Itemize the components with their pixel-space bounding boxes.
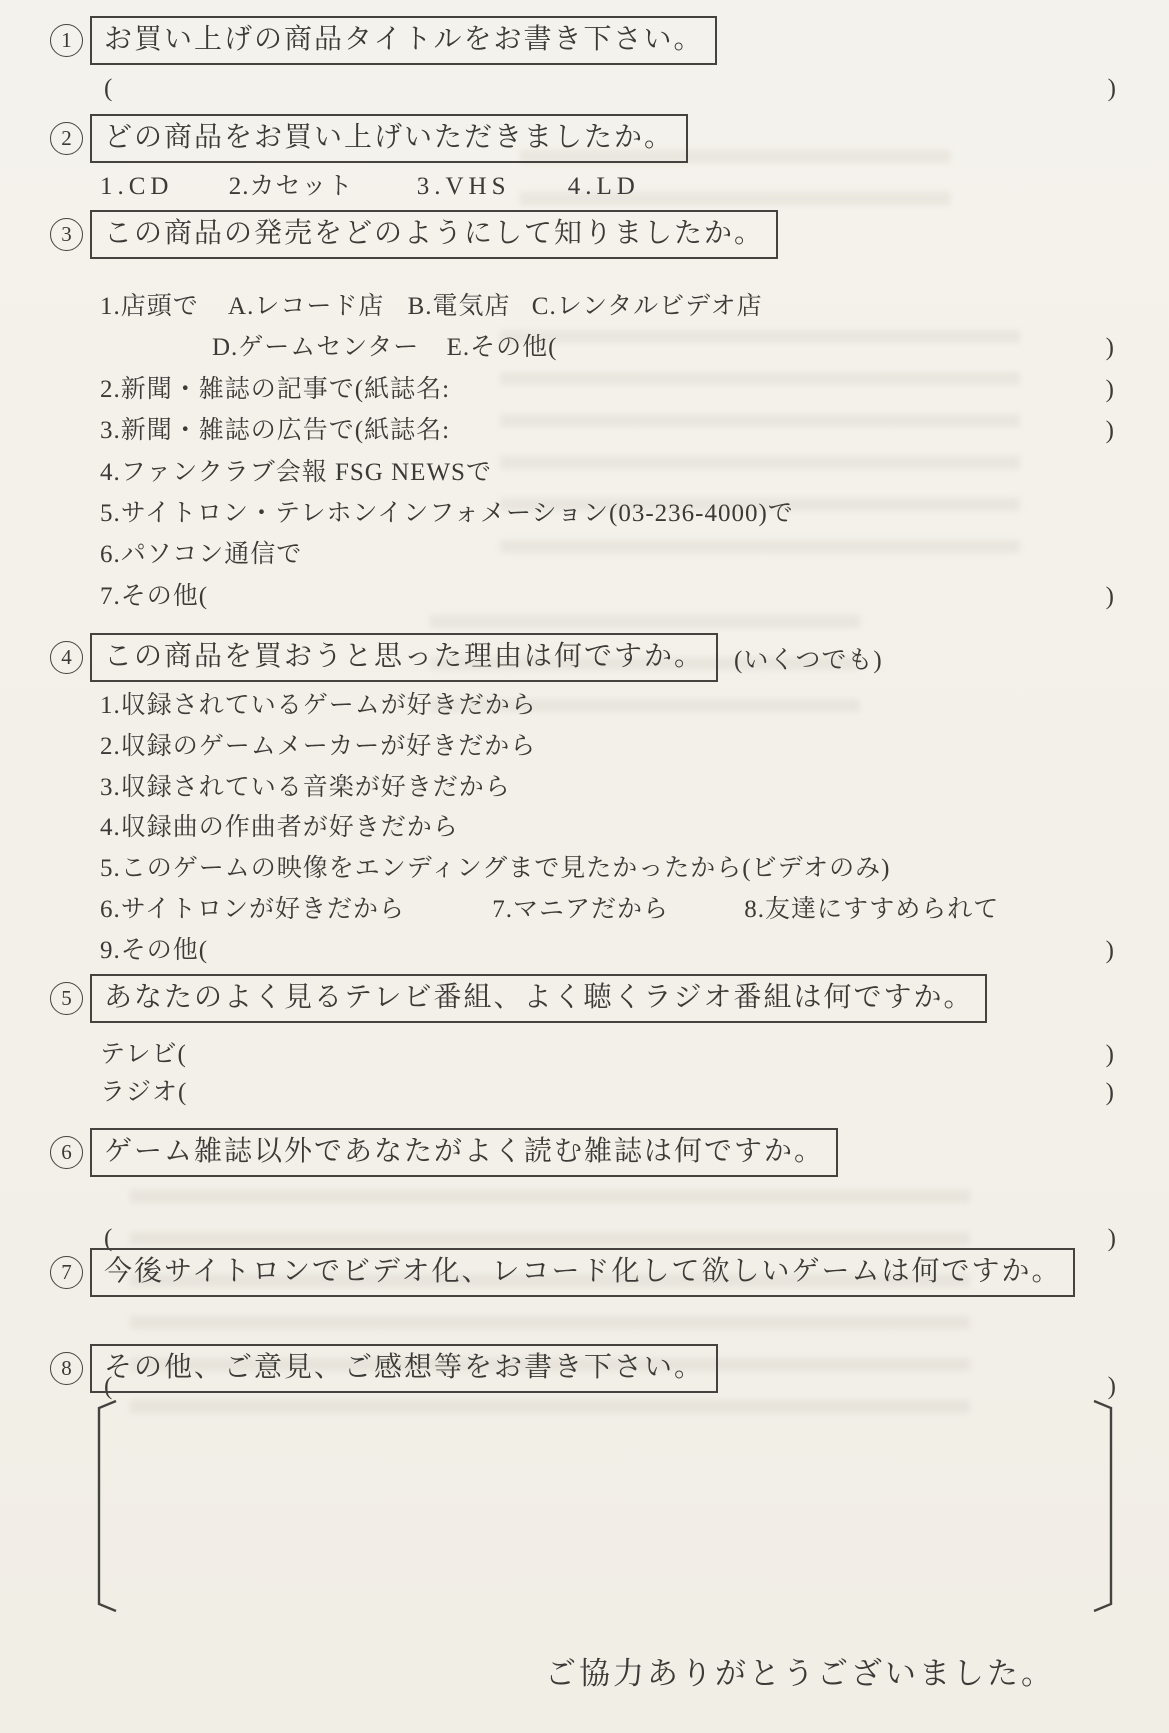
question-3-title: この商品の発売をどのようにして知りましたか。 [104,218,764,249]
question-3-number: 3 [61,224,72,245]
question-8-title: その他、ご意見、ご感想等をお書き下さい。 [104,1352,704,1383]
question-5-title-box: あなたのよく見るテレビ番組、よく聴くラジオ番組は何ですか。 [90,974,987,1023]
reason-mania: 7.マニアだから [492,890,669,931]
option-line: 2.収録のゲームメーカーが好きだから [100,727,1115,768]
close-paren: ) [1106,410,1115,451]
radio-answer-blank: ラジオ( ) [100,1074,1115,1112]
question-2-number: 2 [61,128,72,149]
close-paren: ) [1106,369,1115,410]
option-cassette: 2.カセット [229,166,354,202]
question-5-answers: テレビ( ) ラジオ( ) [100,1036,1115,1112]
option-line: 3.新聞・雑誌の広告で(紙誌名: ) [100,410,1115,451]
question-7-number-badge: 7 [50,1256,83,1289]
option-store: 1.店頭で [100,293,199,320]
left-bracket-icon [92,1398,118,1614]
question-4-title: この商品を買おうと思った理由は何ですか。 [104,641,704,672]
question-2-title-box: どの商品をお買い上げいただきましたか。 [90,114,688,163]
reason-like-game: 1.収録されているゲームが好きだから [100,692,537,719]
question-1-header: 1 お買い上げの商品タイトルをお書き下さい。 [50,16,717,65]
question-3-options: 1.店頭で A.レコード店 B.電気店 C.レンタルビデオ店 D.ゲームセンター… [100,286,1115,617]
question-1-number-badge: 1 [50,24,83,57]
reason-like-scitron: 6.サイトロンが好きだから [100,896,405,923]
question-4-title-box: この商品を買おうと思った理由は何ですか。 [90,633,718,682]
option-line: 1.収録されているゲームが好きだから [100,686,1115,727]
option-game-center: D.ゲームセンター [212,327,419,368]
question-3-header: 3 この商品の発売をどのようにして知りましたか。 [50,210,778,259]
question-7-header: 7 今後サイトロンでビデオ化、レコード化して欲しいゲームは何ですか。 [50,1248,1075,1297]
option-record-shop: A.レコード店 [228,286,384,327]
reason-friend-recommended: 8.友達にすすめられて [744,890,999,931]
question-4-number: 4 [61,647,72,668]
question-1-title-box: お買い上げの商品タイトルをお書き下さい。 [90,16,717,65]
question-8-header: 8 その他、ご意見、ご感想等をお書き下さい。 [50,1344,718,1393]
close-paren: ) [1106,327,1115,368]
radio-label-open-paren: ラジオ( [100,1079,187,1106]
open-paren: ( [104,75,112,102]
close-paren: ) [1108,72,1116,106]
tv-answer-blank: テレビ( ) [100,1036,1115,1074]
question-4-number-badge: 4 [50,641,83,674]
question-8-title-box: その他、ご意見、ご感想等をお書き下さい。 [90,1344,718,1393]
option-fanclub-news: 4.ファンクラブ会報 FSG NEWSで [100,459,492,486]
option-line: 4.収録曲の作曲者が好きだから [100,808,1115,849]
question-6-header: 6 ゲーム雑誌以外であなたがよく読む雑誌は何ですか。 [50,1128,838,1177]
question-6-number: 6 [61,1142,72,1163]
question-4-header: 4 この商品を買おうと思った理由は何ですか。 (いくつでも) [50,633,883,682]
tv-label-open-paren: テレビ( [100,1041,187,1068]
option-ld: 4.LD [568,173,640,201]
question-3-number-badge: 3 [50,218,83,251]
question-8-number-badge: 8 [50,1352,83,1385]
question-8-number: 8 [61,1358,72,1379]
option-line: 6.サイトロンが好きだから 7.マニアだから 8.友達にすすめられて [100,890,1115,931]
option-pc-network: 6.パソコン通信で [100,541,302,568]
free-comment-area [92,1398,1118,1614]
question-1-title: お買い上げの商品タイトルをお書き下さい。 [104,24,703,55]
question-2-title: どの商品をお買い上げいただきましたか。 [104,122,674,153]
option-line: 3.収録されている音楽が好きだから [100,768,1115,809]
option-newspaper-article: 2.新聞・雑誌の記事で(紙誌名: [100,376,450,403]
question-5-title: あなたのよく見るテレビ番組、よく聴くラジオ番組は何ですか。 [104,982,973,1013]
reason-like-composer: 4.収録曲の作曲者が好きだから [100,814,459,841]
option-line: 6.パソコン通信で [100,534,1115,575]
question-5-header: 5 あなたのよく見るテレビ番組、よく聴くラジオ番組は何ですか。 [50,974,987,1023]
close-paren: ) [1106,931,1115,972]
right-bracket-icon [1092,1398,1118,1614]
question-1-answer-blank: ( ) [104,72,1116,106]
option-vhs: 3.VHS [417,173,511,201]
thank-you-message: ご協力ありがとうございました。 [545,1648,1055,1693]
option-line: 5.サイトロン・テレホンインフォメーション(03-236-4000)で [100,493,1115,534]
question-7-title: 今後サイトロンでビデオ化、レコード化して欲しいゲームは何ですか。 [104,1256,1061,1287]
reason-like-maker: 2.収録のゲームメーカーが好きだから [100,733,536,760]
close-paren: ) [1106,1074,1115,1112]
question-1-number: 1 [61,30,72,51]
option-newspaper-ad: 3.新聞・雑誌の広告で(紙誌名: [100,417,450,444]
question-4-options: 1.収録されているゲームが好きだから 2.収録のゲームメーカーが好きだから 3.… [100,686,1115,972]
question-6-title: ゲーム雑誌以外であなたがよく読む雑誌は何ですか。 [104,1136,824,1167]
question-7-title-box: 今後サイトロンでビデオ化、レコード化して欲しいゲームは何ですか。 [90,1248,1075,1297]
reason-see-ending: 5.このゲームの映像をエンディングまで見たかったから(ビデオのみ) [100,855,890,882]
question-6-number-badge: 6 [50,1136,83,1169]
question-2-header: 2 どの商品をお買い上げいただきましたか。 [50,114,688,163]
close-paren: ) [1108,1222,1116,1256]
question-4-note: (いくつでも) [734,640,883,676]
question-6-title-box: ゲーム雑誌以外であなたがよく読む雑誌は何ですか。 [90,1128,838,1177]
option-line: 7.その他( ) [100,576,1115,617]
questionnaire-sheet: 1 お買い上げの商品タイトルをお書き下さい。 ( ) 2 どの商品をお買い上げい… [0,0,1169,1733]
option-telephone-info: 5.サイトロン・テレホンインフォメーション(03-236-4000)で [100,500,794,527]
option-line: 9.その他( ) [100,931,1115,972]
option-line: D.ゲームセンター E.その他( ) [100,327,1115,368]
option-other-store: E.その他( [447,327,558,368]
option-line: 5.このゲームの映像をエンディングまで見たかったから(ビデオのみ) [100,849,1115,890]
question-5-number: 5 [61,988,72,1009]
option-line: 4.ファンクラブ会報 FSG NEWSで [100,452,1115,493]
option-electronics-shop: B.電気店 [408,286,511,327]
close-paren: ) [1106,1036,1115,1074]
option-cd: 1.CD [100,173,173,200]
question-3-title-box: この商品の発売をどのようにして知りましたか。 [90,210,778,259]
option-line: 2.新聞・雑誌の記事で(紙誌名: ) [100,369,1115,410]
question-2-number-badge: 2 [50,122,83,155]
question-2-options: 1.CD 2.カセット 3.VHS 4.LD [100,166,640,202]
close-paren: ) [1106,576,1115,617]
option-line: 1.店頭で A.レコード店 B.電気店 C.レンタルビデオ店 [100,286,1115,327]
option-other: 7.その他( [100,583,208,610]
reason-other: 9.その他( [100,937,208,964]
option-rental-video-shop: C.レンタルビデオ店 [532,286,763,327]
reason-like-music: 3.収録されている音楽が好きだから [100,774,511,801]
question-7-number: 7 [61,1262,72,1283]
question-5-number-badge: 5 [50,982,83,1015]
